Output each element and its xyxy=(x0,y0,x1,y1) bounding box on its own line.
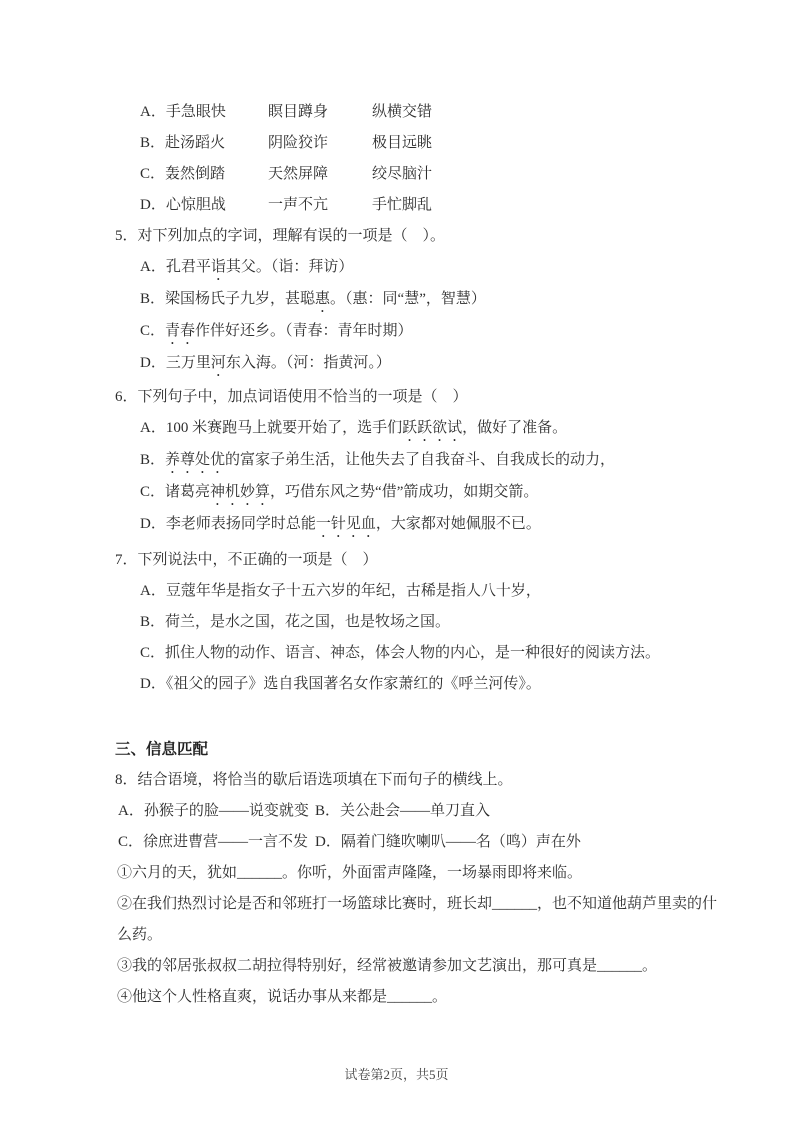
q4-b-word3: 极目远眺 xyxy=(372,128,713,159)
q8-sentence-4: ④他这个人性格直爽，说话办事从来都是______。 xyxy=(115,982,713,1013)
emphasized-text: 河 xyxy=(211,355,226,371)
question-6-option-c: C．诸葛亮神机妙算，巧借东风之势“借”箭成功，如期交箭。 xyxy=(115,477,713,509)
question-6-option-d: D．李老师表扬同学时总能一针见血，大家都对她佩服不已。 xyxy=(115,509,713,541)
q8-sentence-2-line1: ②在我们热烈讨论是否和邻班打一场篮球比赛时，班长却______，也不知道他葫芦里… xyxy=(115,889,713,920)
question-7-stem: 7．下列说法中，不正确的一项是（ ） xyxy=(115,545,713,576)
question-8-stem: 8．结合语境，将恰当的歇后语选项填在下而句子的横线上。 xyxy=(115,765,713,796)
q8-option-d: D．隔着门缝吹喇叭——名（鸣）声在外 xyxy=(315,827,713,858)
section-3-title: 三、信息匹配 xyxy=(115,734,713,765)
q4-option-row-b: B．赴汤蹈火 阴险狡诈 极目远眺 xyxy=(115,128,713,159)
q4-c-word3: 绞尽脑汁 xyxy=(372,159,713,190)
q8-option-row-2: C．徐庶进曹营——一言不发 D．隔着门缝吹喇叭——名（鸣）声在外 xyxy=(115,827,713,858)
q4-b-word2: 阴险狡诈 xyxy=(268,128,372,159)
page-footer: 试卷第2页，共5页 xyxy=(0,1065,793,1085)
question-4-options: A．手急眼快 瞑目蹲身 纵横交错 B．赴汤蹈火 阴险狡诈 极目远眺 C．轰然倒踏… xyxy=(115,97,713,221)
q8-sentence-1: ①六月的天，犹如______。你听，外面雷声隆隆，一场暴雨即将来临。 xyxy=(115,858,713,889)
emphasized-text: 诣 xyxy=(211,259,226,275)
question-5-option-a: A．孔君平诣其父。（诣：拜访） xyxy=(115,252,713,284)
question-6-option-b: B．养尊处优的富家子弟生活，让他失去了自我奋斗、自我成长的动力， xyxy=(115,445,713,477)
q4-d-word3: 手忙脚乱 xyxy=(372,190,713,221)
q8-sentence-2-line2: 么药。 xyxy=(115,920,713,951)
question-5-option-c: C．青春作伴好还乡。（青春：青年时期） xyxy=(115,316,713,348)
emphasized-text: 惠 xyxy=(315,291,330,307)
question-7-option-d: D．《祖父的园子》选自我国著名女作家萧红的《呼兰河传》。 xyxy=(115,669,713,700)
q4-c-word2: 天然屏障 xyxy=(268,159,372,190)
q4-c-label-word1: C．轰然倒踏 xyxy=(140,159,268,190)
question-5-option-b: B．梁国杨氏子九岁，甚聪惠。（惠：同“慧”，智慧） xyxy=(115,284,713,316)
question-7-option-c: C．抓住人物的动作、语言、神态，体会人物的内心，是一种很好的阅读方法。 xyxy=(115,638,713,669)
q8-option-row-1: A．孙猴子的脸——说变就变 B．关公赴会——单刀直入 xyxy=(115,796,713,827)
question-7-option-a: A．豆蔻年华是指女子十五六岁的年纪，古稀是指人八十岁， xyxy=(115,576,713,607)
q4-b-label-word1: B．赴汤蹈火 xyxy=(140,128,268,159)
question-6-stem: 6．下列句子中，加点词语使用不恰当的一项是（ ） xyxy=(115,382,713,413)
q8-option-a: A．孙猴子的脸——说变就变 xyxy=(118,796,315,827)
emphasized-text: 一针见血 xyxy=(316,516,376,532)
q8-sentence-3: ③我的邻居张叔叔二胡拉得特别好，经常被邀请参加文艺演出，那可真是______。 xyxy=(115,951,713,982)
question-5-option-d: D．三万里河东入海。（河：指黄河。） xyxy=(115,348,713,380)
question-7-option-b: B．荷兰，是水之国，花之国，也是牧场之国。 xyxy=(115,607,713,638)
question-5: 5．对下列加点的字词，理解有误的一项是（ ）。 A．孔君平诣其父。（诣：拜访） … xyxy=(115,221,713,380)
q4-d-label-word1: D．心惊胆战 xyxy=(140,190,268,221)
q8-option-c: C．徐庶进曹营——一言不发 xyxy=(118,827,315,858)
q4-option-row-c: C．轰然倒踏 天然屏障 绞尽脑汁 xyxy=(115,159,713,190)
exam-page: A．手急眼快 瞑目蹲身 纵横交错 B．赴汤蹈火 阴险狡诈 极目远眺 C．轰然倒踏… xyxy=(0,0,793,1122)
q4-d-word2: 一声不亢 xyxy=(268,190,372,221)
emphasized-text: 青春 xyxy=(165,323,195,339)
emphasized-text: 神机妙算 xyxy=(210,484,270,500)
question-6-option-a: A．100 米赛跑马上就要开始了，选手们跃跃欲试，做好了准备。 xyxy=(115,413,713,445)
emphasized-text: 养尊处优 xyxy=(165,452,225,468)
question-5-stem: 5．对下列加点的字词，理解有误的一项是（ ）。 xyxy=(115,221,713,252)
emphasized-text: 跃跃欲试 xyxy=(402,420,462,436)
q4-a-word3: 纵横交错 xyxy=(372,97,713,128)
question-8: 8．结合语境，将恰当的歇后语选项填在下而句子的横线上。 A．孙猴子的脸——说变就… xyxy=(115,765,713,1013)
q4-a-label-word1: A．手急眼快 xyxy=(140,97,268,128)
q4-option-row-d: D．心惊胆战 一声不亢 手忙脚乱 xyxy=(115,190,713,221)
q4-option-row-a: A．手急眼快 瞑目蹲身 纵横交错 xyxy=(115,97,713,128)
q8-option-b: B．关公赴会——单刀直入 xyxy=(315,796,713,827)
question-7: 7．下列说法中，不正确的一项是（ ） A．豆蔻年华是指女子十五六岁的年纪，古稀是… xyxy=(115,545,713,700)
q4-a-word2: 瞑目蹲身 xyxy=(268,97,372,128)
question-6: 6．下列句子中，加点词语使用不恰当的一项是（ ） A．100 米赛跑马上就要开始… xyxy=(115,382,713,541)
